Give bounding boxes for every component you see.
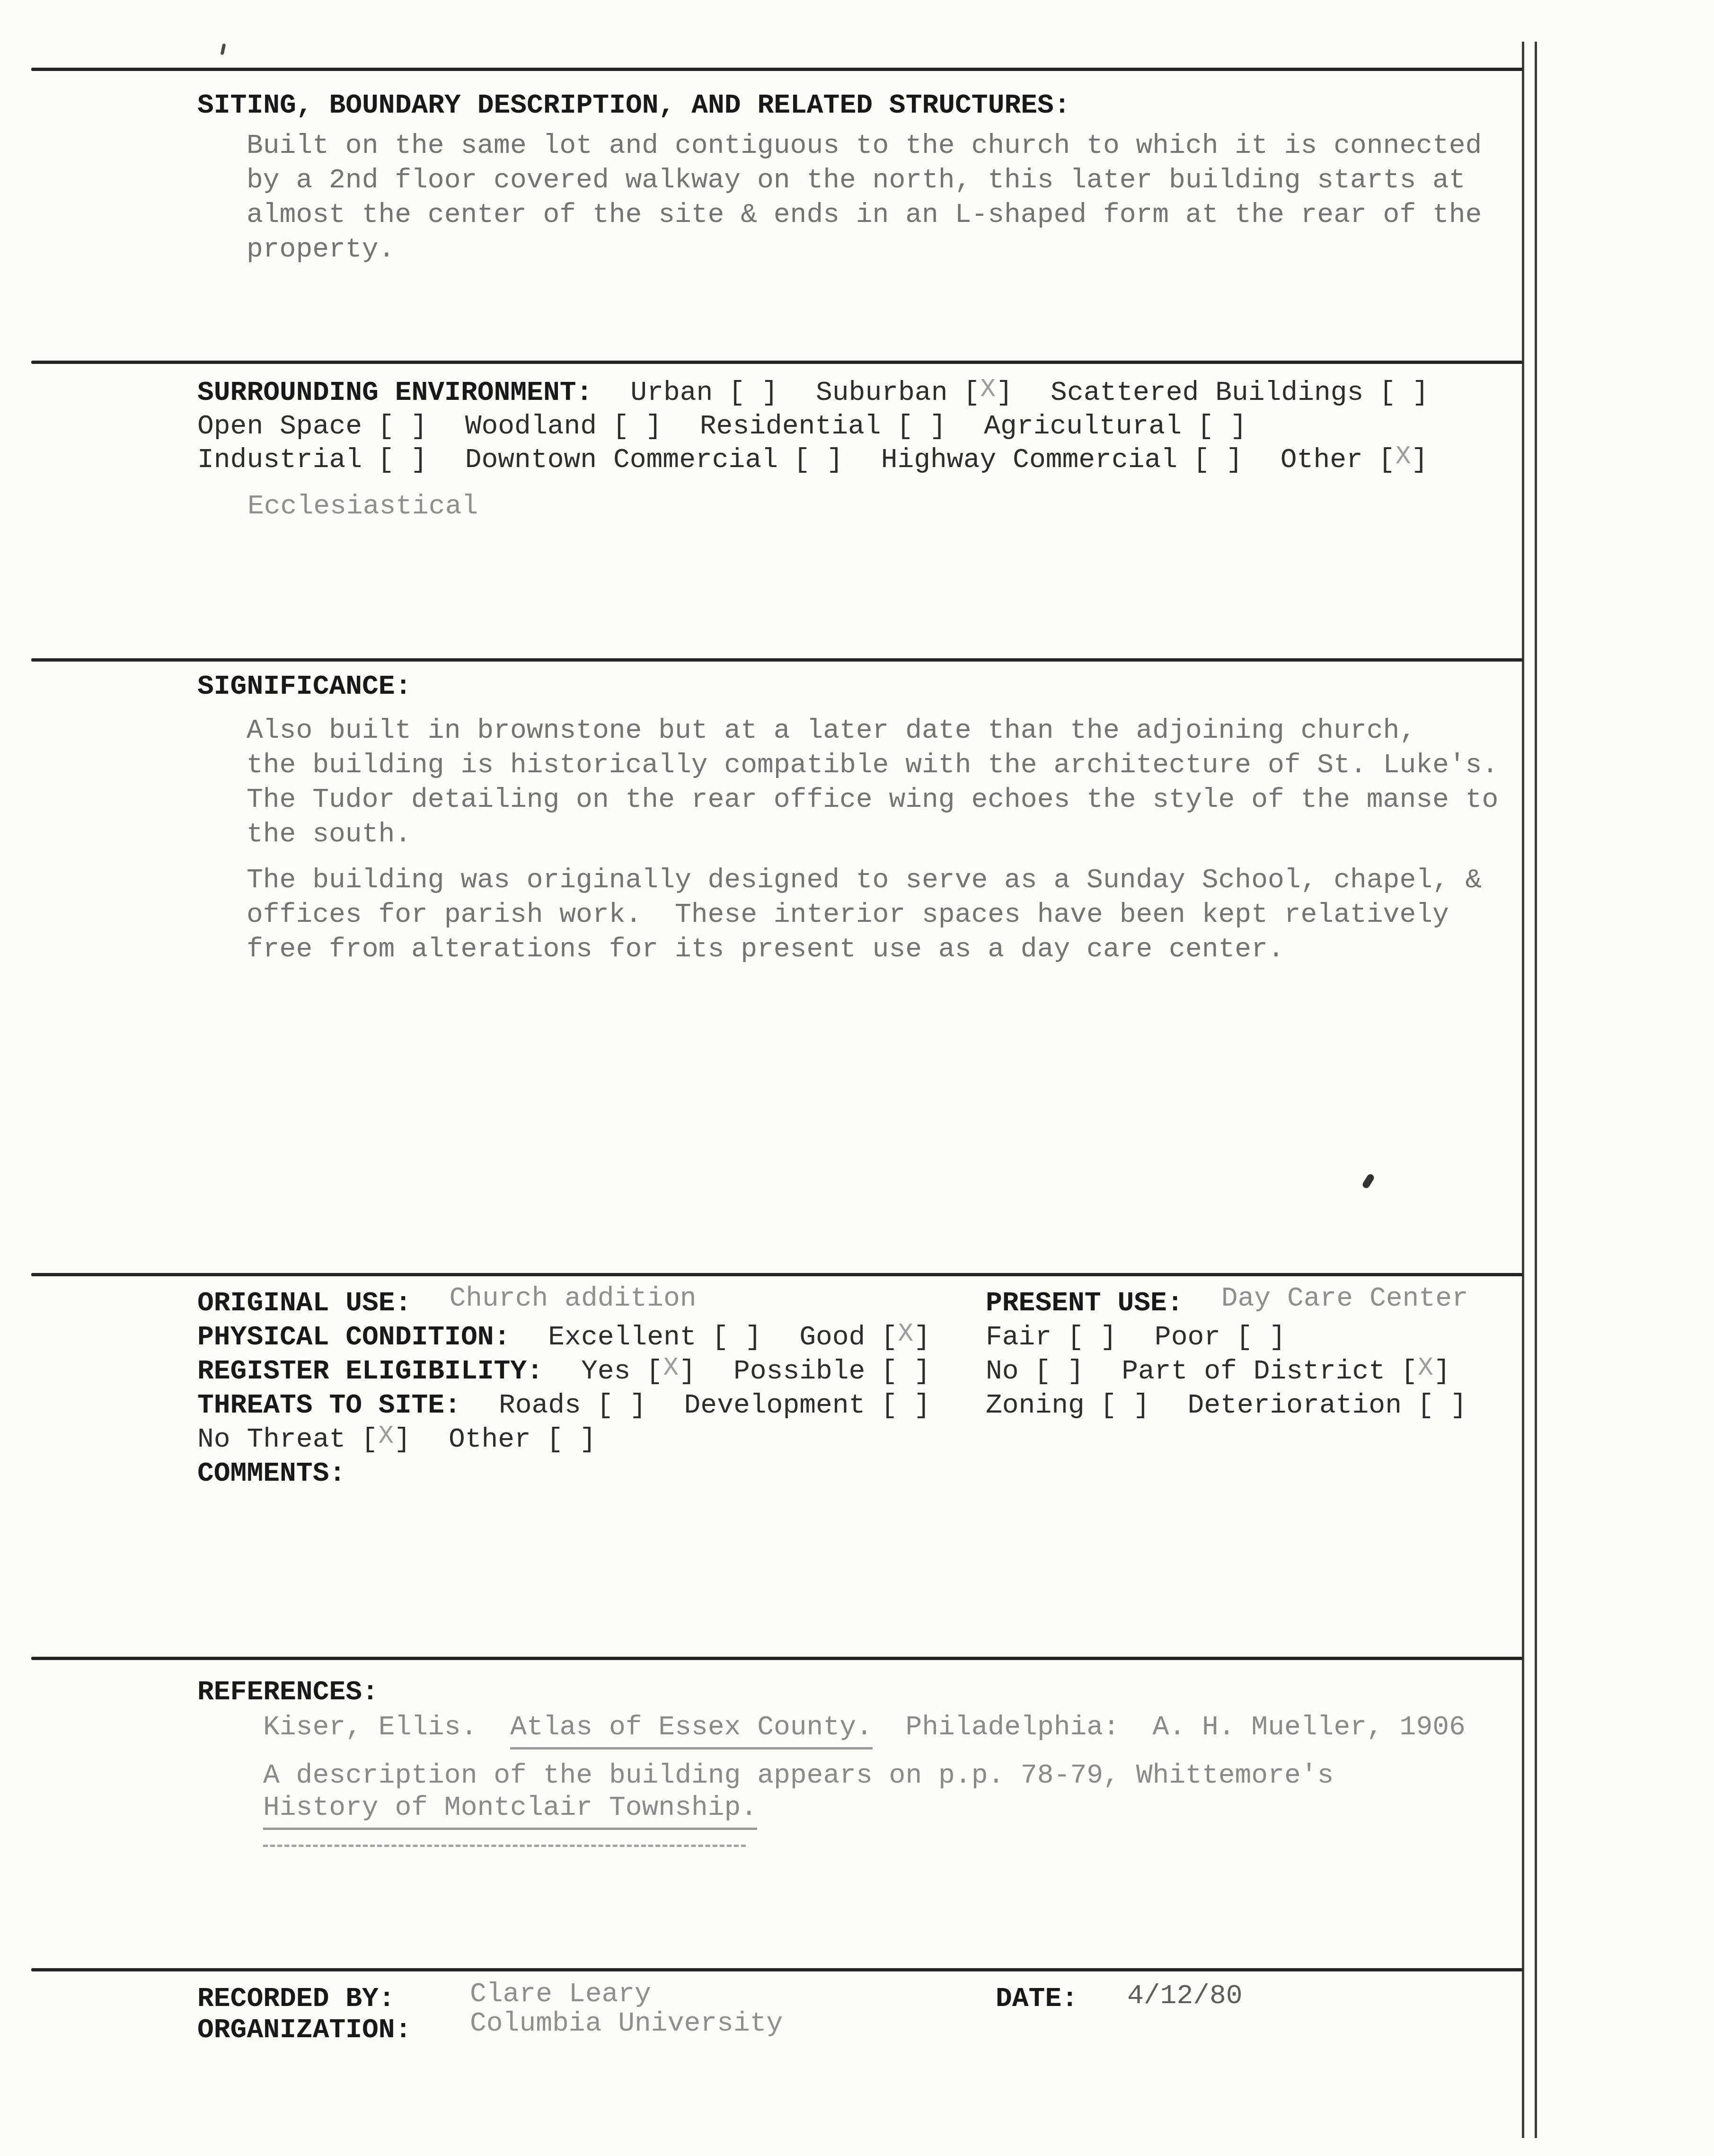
checkbox-option-urban: Urban[]	[630, 378, 778, 409]
reference-title-underlined: Atlas of Essex County.	[510, 1712, 873, 1750]
checkbox-option-woodland: Woodland[]	[465, 411, 662, 442]
section-divider-references	[31, 1657, 1523, 1660]
option-label: No	[986, 1356, 1019, 1387]
checkbox-mark: X	[663, 1353, 679, 1384]
checkbox-option-possible: Possible[]	[733, 1356, 930, 1387]
checkbox-bracket-open: [	[881, 1322, 897, 1353]
checkbox-bracket-close: ]	[1434, 1356, 1450, 1387]
reference-text: Kiser, Ellis.	[263, 1712, 510, 1743]
use-row-threats-to-site: THREATS TO SITE:Roads[]Development[]Zoni…	[197, 1390, 930, 1422]
checkbox-option-scattered-buildings: Scattered Buildings[]	[1051, 378, 1429, 409]
checkbox-bracket-open: [	[1067, 1322, 1084, 1353]
reference-line-1: Kiser, Ellis. Atlas of Essex County. Phi…	[263, 1712, 1466, 1743]
checkbox-bracket-open: [	[646, 1356, 663, 1387]
row-left-part: COMMENTS:	[197, 1458, 345, 1489]
checkbox-bracket-close: ]	[645, 411, 662, 442]
option-label: Other	[1281, 445, 1363, 476]
row-left-part: ORIGINAL USE:Church addition	[197, 1288, 697, 1319]
checkbox-option-poor: Poor[]	[1155, 1322, 1286, 1353]
section-divider-top	[31, 68, 1523, 71]
significance-paragraph-2: The building was originally designed to …	[247, 863, 1482, 967]
checkbox-option-industrial: Industrial[]	[197, 445, 427, 476]
checkbox-bracket-close: ]	[914, 1356, 930, 1387]
historic-survey-form-page: SITING, BOUNDARY DESCRIPTION, AND RELATE…	[0, 0, 1714, 2156]
checkbox-mark: X	[897, 1319, 914, 1350]
checkbox-bracket-open: [	[597, 1390, 613, 1421]
checkbox-bracket-close: ]	[1269, 1322, 1286, 1353]
section-heading-references: REFERENCES:	[197, 1678, 379, 1708]
checkbox-bracket-open: [	[897, 411, 913, 442]
checkbox-option-yes: Yes[X]	[581, 1356, 696, 1388]
checkbox-bracket-close: ]	[580, 1424, 596, 1455]
checkbox-bracket-close: ]	[996, 378, 1013, 408]
row-right-part: Fair[]Poor[]	[986, 1322, 1286, 1353]
checkbox-bracket-close: ]	[411, 445, 427, 476]
checkbox-option-fair: Fair[]	[986, 1322, 1117, 1353]
option-label: Industrial	[197, 445, 362, 476]
option-label: Highway Commercial	[881, 445, 1178, 476]
checkbox-bracket-close: ]	[1412, 445, 1428, 476]
page-edge-vertical-line-inner	[1535, 42, 1537, 2138]
section-heading-significance: SIGNIFICANCE:	[197, 672, 411, 702]
option-label: Poor	[1155, 1322, 1220, 1353]
use-row-original-present: ORIGINAL USE:Church additionPRESENT USE:…	[197, 1288, 697, 1319]
option-label: Deterioration	[1187, 1390, 1401, 1421]
option-label: Yes	[581, 1356, 630, 1387]
checkbox-bracket-close: ]	[914, 1322, 930, 1353]
recorded-by-label: RECORDED BY:	[197, 1984, 395, 2015]
environment-other-value: Ecclesiastical	[247, 491, 478, 522]
row-left-part: REGISTER ELIGIBILITY:Yes[X]Possible[]	[197, 1356, 930, 1387]
option-label: Fair	[986, 1322, 1051, 1353]
use-row-no-threat-other: No Threat[X]Other[]	[197, 1424, 596, 1456]
checkbox-bracket-open: [	[1236, 1322, 1253, 1353]
checkbox-bracket-open: [	[1034, 1356, 1051, 1387]
checkbox-bracket-open: [	[1379, 378, 1396, 408]
row-right-part: No[]Part of District[X]	[986, 1356, 1450, 1388]
checkbox-option-deterioration: Deterioration[]	[1187, 1390, 1467, 1422]
checkbox-bracket-close: ]	[1133, 1390, 1150, 1421]
checkbox-bracket-close: ]	[1230, 411, 1247, 442]
significance-paragraph-1: Also built in brownstone but at a later …	[247, 714, 1498, 852]
checkbox-bracket-open: [	[1417, 1390, 1434, 1421]
checkbox-mark: X	[1395, 442, 1412, 473]
checkbox-option-good: Good[X]	[799, 1322, 930, 1354]
field-label-register-eligibility-: REGISTER ELIGIBILITY:	[197, 1356, 543, 1387]
reference-text: Philadelphia: A. H. Mueller, 1906	[873, 1712, 1466, 1743]
checkbox-option-development: Development[]	[684, 1390, 931, 1422]
checkbox-option-no: No[]	[986, 1356, 1084, 1387]
option-label: Residential	[700, 411, 881, 442]
checkbox-bracket-open: [	[881, 1390, 897, 1421]
field-label-threats-to-site-: THREATS TO SITE:	[197, 1390, 461, 1422]
siting-description-text: Built on the same lot and contiguous to …	[247, 129, 1482, 267]
checkbox-bracket-open: [	[1401, 1356, 1417, 1387]
page-edge-vertical-line-outer	[1522, 42, 1524, 2138]
date-label: DATE:	[996, 1984, 1078, 2015]
field-label-original-use-: ORIGINAL USE:	[197, 1288, 411, 1319]
checkbox-bracket-open: [	[1193, 445, 1210, 476]
scan-speck	[221, 44, 226, 55]
checkbox-option-highway-commercial: Highway Commercial[]	[881, 445, 1243, 476]
option-label: Development	[684, 1390, 866, 1421]
checkbox-bracket-open: [	[728, 378, 745, 408]
stray-pen-mark	[1361, 1173, 1376, 1189]
footer-recorded-row: RECORDED BY: Clare Leary DATE: 4/12/80	[197, 1984, 395, 2015]
field-value: Day Care Center	[1221, 1283, 1468, 1315]
environment-row-1: SURROUNDING ENVIRONMENT:Urban[]Suburban[…	[197, 378, 1429, 409]
checkbox-bracket-close: ]	[1412, 378, 1429, 408]
checkbox-option-other: Other[]	[449, 1424, 596, 1456]
checkbox-bracket-close: ]	[745, 1322, 761, 1353]
checkbox-option-roads: Roads[]	[499, 1390, 646, 1422]
checkbox-bracket-open: [	[1100, 1390, 1117, 1421]
checkbox-bracket-open: [	[881, 1356, 897, 1387]
option-label: Downtown Commercial	[465, 445, 778, 476]
checkbox-mark: X	[378, 1421, 394, 1452]
field-label-present-use-: PRESENT USE:	[986, 1288, 1184, 1319]
checkbox-option-zoning: Zoning[]	[986, 1390, 1149, 1422]
option-label: Possible	[733, 1356, 865, 1387]
row-left-part: No Threat[X]Other[]	[197, 1424, 596, 1455]
use-row-physical-condition: PHYSICAL CONDITION:Excellent[]Good[X]Fai…	[197, 1322, 930, 1354]
use-row-register-eligibility: REGISTER ELIGIBILITY:Yes[X]Possible[]No[…	[197, 1356, 930, 1388]
checkbox-bracket-open: [	[378, 445, 394, 476]
environment-row-3: Industrial[]Downtown Commercial[]Highway…	[197, 445, 1428, 477]
checkbox-option-agricultural: Agricultural[]	[984, 411, 1246, 442]
section-divider-environment	[31, 361, 1523, 364]
option-label: Part of District	[1122, 1356, 1385, 1387]
option-label: Scattered Buildings	[1051, 378, 1363, 408]
checkbox-bracket-close: ]	[1226, 445, 1243, 476]
checkbox-bracket-close: ]	[411, 411, 427, 442]
option-label: Zoning	[986, 1390, 1085, 1421]
checkbox-bracket-close: ]	[761, 378, 778, 408]
checkbox-option-downtown-commercial: Downtown Commercial[]	[465, 445, 843, 476]
checkbox-bracket-close: ]	[1100, 1322, 1117, 1353]
checkbox-bracket-open: [	[378, 411, 394, 442]
option-label: Woodland	[465, 411, 597, 442]
option-label: Good	[799, 1322, 865, 1353]
checkbox-bracket-open: [	[1197, 411, 1214, 442]
field-value: Church addition	[449, 1283, 696, 1315]
checkbox-bracket-open: [	[963, 378, 980, 408]
row-left-part: THREATS TO SITE:Roads[]Development[]	[197, 1390, 930, 1421]
option-label: Other	[449, 1424, 531, 1455]
option-label: No Threat	[197, 1424, 345, 1455]
checkbox-bracket-close: ]	[827, 445, 843, 476]
use-row-comments: COMMENTS:	[197, 1458, 345, 1490]
reference-line-2: A description of the building appears on…	[263, 1760, 1334, 1791]
checkbox-option-residential: Residential[]	[700, 411, 946, 442]
environment-row-2: Open Space[]Woodland[]Residential[]Agric…	[197, 411, 1247, 442]
checkbox-option-open-space: Open Space[]	[197, 411, 427, 442]
checkbox-option-part-of-district: Part of District[X]	[1122, 1356, 1450, 1388]
checkbox-bracket-open: [	[794, 445, 810, 476]
recorded-by-value: Clare Leary	[470, 1979, 651, 2010]
date-value: 4/12/80	[1127, 1981, 1243, 2012]
checkbox-option-other: Other[X]	[1281, 445, 1428, 477]
row-right-part: Zoning[]Deterioration[]	[986, 1390, 1467, 1422]
section-divider-footer	[31, 1968, 1523, 1971]
checkbox-mark: X	[980, 374, 996, 406]
option-label: Agricultural	[984, 411, 1182, 442]
field-label-surrounding-environment-: SURROUNDING ENVIRONMENT:	[197, 378, 592, 409]
reference-title-underlined: History of Montclair Township.	[263, 1793, 757, 1830]
option-label: Roads	[499, 1390, 581, 1421]
row-right-part: PRESENT USE:Day Care Center	[986, 1288, 1468, 1319]
option-label: Urban	[630, 378, 713, 408]
checkbox-bracket-close: ]	[1067, 1356, 1084, 1387]
reference-line-3: History of Montclair Township.	[263, 1793, 757, 1823]
field-label-comments-: COMMENTS:	[197, 1458, 345, 1490]
checkbox-option-excellent: Excellent[]	[548, 1322, 761, 1353]
checkbox-bracket-open: [	[1378, 445, 1395, 476]
row-left-part: PHYSICAL CONDITION:Excellent[]Good[X]	[197, 1322, 930, 1353]
section-divider-use	[31, 1273, 1523, 1276]
reference-extra-underline	[263, 1845, 746, 1847]
checkbox-bracket-close: ]	[1450, 1390, 1467, 1421]
option-label: Excellent	[548, 1322, 696, 1353]
checkbox-bracket-close: ]	[394, 1424, 411, 1455]
checkbox-bracket-close: ]	[630, 1390, 646, 1421]
option-label: Open Space	[197, 411, 362, 442]
checkbox-bracket-open: [	[712, 1322, 729, 1353]
section-heading-siting: SITING, BOUNDARY DESCRIPTION, AND RELATE…	[197, 91, 1070, 121]
field-label-physical-condition-: PHYSICAL CONDITION:	[197, 1322, 510, 1353]
footer-organization-row: ORGANIZATION: Columbia University	[197, 2015, 411, 2046]
checkbox-option-no-threat: No Threat[X]	[197, 1424, 411, 1456]
section-divider-significance	[31, 658, 1523, 662]
organization-label: ORGANIZATION:	[197, 2015, 411, 2046]
checkbox-bracket-close: ]	[679, 1356, 696, 1387]
reference-text: A description of the building appears on…	[263, 1760, 1334, 1791]
checkbox-option-suburban: Suburban[X]	[816, 378, 1013, 409]
organization-value: Columbia University	[470, 2008, 783, 2040]
checkbox-bracket-close: ]	[914, 1390, 930, 1421]
checkbox-bracket-open: [	[612, 411, 629, 442]
checkbox-mark: X	[1417, 1353, 1434, 1384]
checkbox-bracket-close: ]	[929, 411, 946, 442]
checkbox-bracket-open: [	[547, 1424, 563, 1455]
checkbox-bracket-open: [	[361, 1424, 378, 1455]
option-label: Suburban	[816, 378, 947, 408]
